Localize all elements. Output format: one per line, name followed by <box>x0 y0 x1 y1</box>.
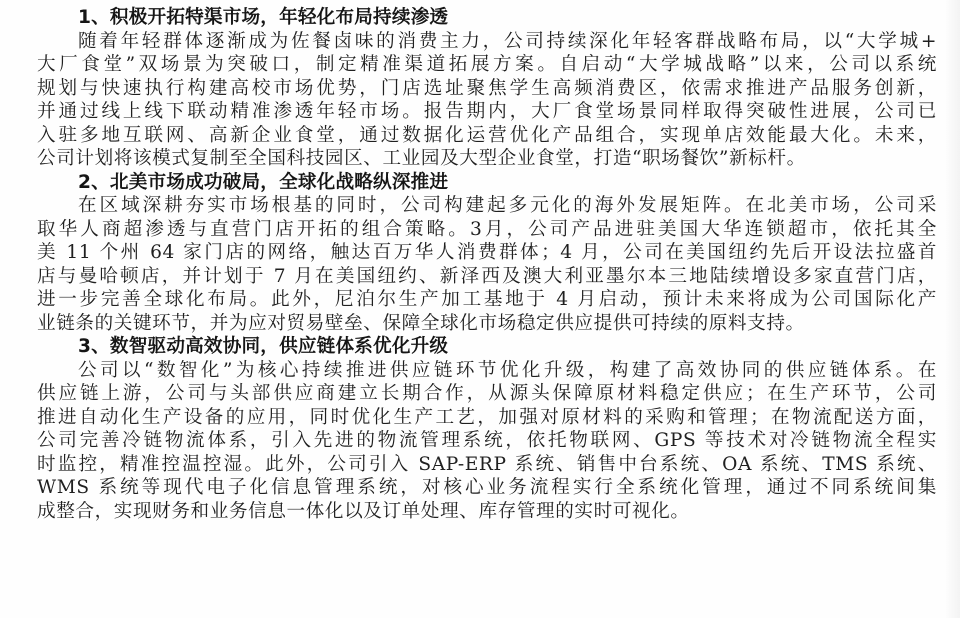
paragraph-line: 取华人商超渗透与直营门店开拓的组合策略。3月，公司产品进驻美国大华连锁超市，依托… <box>37 218 937 241</box>
paragraph-line: 在区域深耕夯实市场根基的同时，公司构建起多元化的海外发展矩阵。在北美市场，公司采 <box>78 194 937 217</box>
paragraph-line: 时监控，精准控温控湿。此外，公司引入 SAP-ERP 系统、销售中台系统、OA … <box>37 453 937 476</box>
paragraph-line: WMS 系统等现代电子化信息管理系统，对核心业务流程实行全系统化管理，通过不同系… <box>37 476 937 499</box>
page-edge-shadow <box>946 0 960 618</box>
paragraph-line: 店与曼哈顿店，并计划于 7 月在美国纽约、新泽西及澳大利亚墨尔本三地陆续增设多家… <box>37 265 937 288</box>
paragraph-line: 入驻多地互联网、高新企业食堂，通过数据化运营优化产品组合，实现单店效能最大化。未… <box>37 124 937 147</box>
paragraph-line: 进一步完善全球化布局。此外，尼泊尔生产加工基地于 4 月启动，预计未来将成为公司… <box>37 288 937 311</box>
paragraph-line: 规划与快速执行构建高校市场优势，门店选址聚焦学生高频消费区，依需求推进产品服务创… <box>37 77 937 100</box>
paragraph-line: 大厂食堂”双场景为突破口，制定精准渠道拓展方案。自启动“大学城战略”以来，公司以… <box>37 53 937 76</box>
paragraph-line: 美 11 个州 64 家门店的网络，触达百万华人消费群体；4 月，公司在美国纽约… <box>37 241 937 264</box>
section-2-heading: 2、北美市场成功破局，全球化战略纵深推进 <box>78 171 960 194</box>
section-1-heading: 1、积极开拓特渠市场，年轻化布局持续渗透 <box>78 6 960 29</box>
section-3-heading: 3、数智驱动高效协同，供应链体系优化升级 <box>78 335 960 358</box>
paragraph-line: 推进自动化生产设备的应用，同时优化生产工艺，加强对原材料的采购和管理；在物流配送… <box>37 406 937 429</box>
paragraph-line: 随着年轻群体逐渐成为佐餐卤味的消费主力，公司持续深化年轻客群战略布局，以“大学城… <box>78 30 937 53</box>
paragraph-line: 公司以“数智化”为核心持续推进供应链环节优化升级，构建了高效协同的供应链体系。在 <box>78 359 937 382</box>
paragraph-line: 供应链上游，公司与头部供应商建立长期合作，从源头保障原材料稳定供应；在生产环节，… <box>37 382 937 405</box>
paragraph-line: 公司计划将该模式复制至全国科技园区、工业园及大型企业食堂，打造“职场餐饮”新标杆… <box>37 147 937 170</box>
paragraph-line: 成整合，实现财务和业务信息一体化以及订单处理、库存管理的实时可视化。 <box>37 500 937 523</box>
paragraph-line: 业链条的关键环节，并为应对贸易壁垒、保障全球化市场稳定供应提供可持续的原料支持。 <box>37 312 937 335</box>
paragraph-line: 并通过线上线下联动精准渗透年轻市场。报告期内，大厂食堂场景同样取得突破性进展，公… <box>37 100 937 123</box>
paragraph-line: 公司完善冷链物流体系，引入先进的物流管理系统，依托物联网、GPS 等技术对冷链物… <box>37 429 937 452</box>
document-page: 1、积极开拓特渠市场，年轻化布局持续渗透 随着年轻群体逐渐成为佐餐卤味的消费主力… <box>0 0 960 618</box>
